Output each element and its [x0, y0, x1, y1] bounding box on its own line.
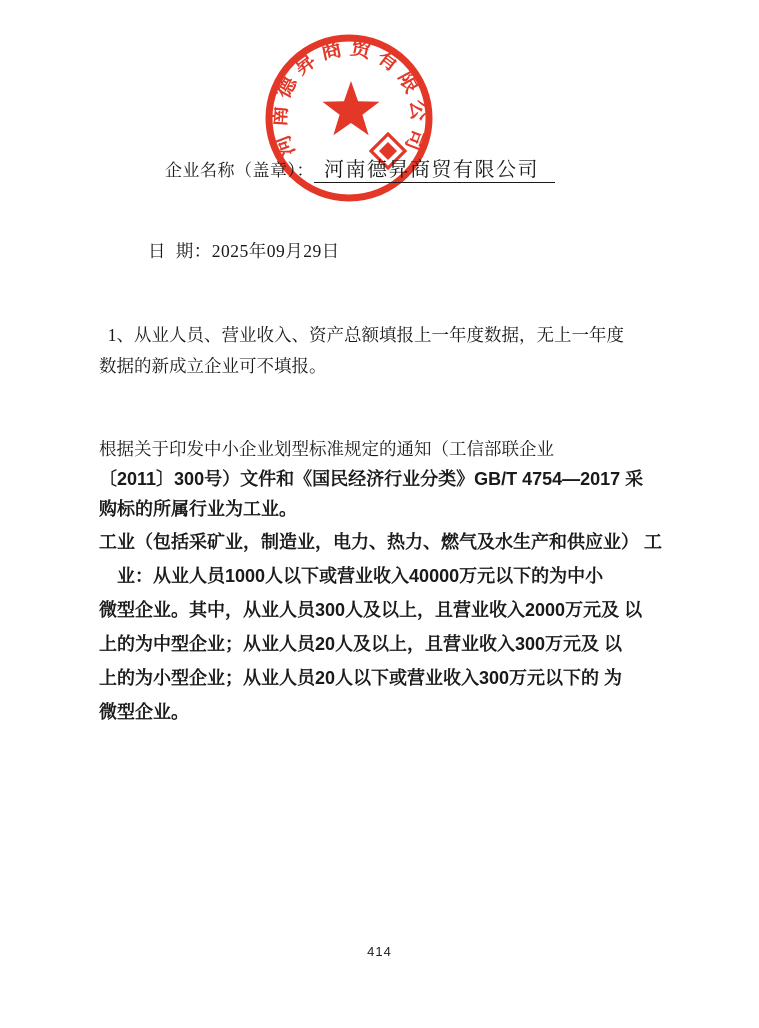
industry-line: 上的为小型企业；从业人员20人以下或营业收入300万元以下的 为	[99, 661, 671, 695]
industry-criteria-paragraph: 工业（包括采矿业，制造业，电力、热力、燃气及水生产和供应业） 工 业：从业人员1…	[99, 525, 671, 729]
company-name-label: 企业名称（盖章）：	[165, 161, 314, 180]
company-name-line: 企业名称（盖章）：河南德昇商贸有限公司	[148, 133, 555, 202]
industry-line: 业：从业人员1000人以下或营业收入40000万元以下的为中小	[99, 559, 671, 593]
industry-line: 工业（包括采矿业，制造业，电力、热力、燃气及水生产和供应业） 工	[99, 525, 671, 559]
date-line: 日 期：2025年09月29日	[148, 238, 340, 263]
classification-basis-paragraph: 根据关于印发中小企业划型标准规定的通知（工信部联企业 〔2011〕300号）文件…	[99, 434, 671, 524]
industry-line: 微型企业。其中，从业人员300人及以上，且营业收入2000万元及 以	[99, 593, 671, 627]
basis-line: 购标的所属行业为工业。	[99, 494, 671, 524]
seal-star-icon	[322, 81, 379, 135]
document-page: 河南德昇商贸有限公司 企业名称（盖章）：河南德昇商贸有限公司 日 期：2025年…	[0, 0, 759, 1028]
fill-note-line: 数据的新成立企业可不填报。	[99, 351, 671, 382]
industry-line: 上的为中型企业；从业人员20人及以上，且营业收入300万元及 以	[99, 627, 671, 661]
basis-line: 根据关于印发中小企业划型标准规定的通知（工信部联企业	[99, 434, 671, 464]
basis-line: 〔2011〕300号）文件和《国民经济行业分类》GB/T 4754—2017 采	[99, 464, 671, 494]
fill-note-paragraph: 1、从业人员、营业收入、资产总额填报上一年度数据，无上一年度 数据的新成立企业可…	[99, 320, 671, 382]
page-number: 414	[0, 944, 759, 959]
industry-line: 微型企业。	[99, 695, 671, 729]
company-name-value: 河南德昇商贸有限公司	[314, 159, 555, 183]
fill-note-line: 1、从业人员、营业收入、资产总额填报上一年度数据，无上一年度	[99, 320, 671, 351]
